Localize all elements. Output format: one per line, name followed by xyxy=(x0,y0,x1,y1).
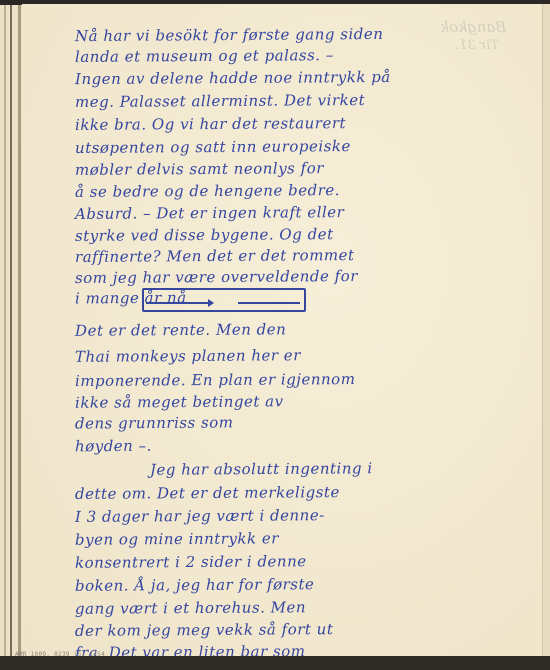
handwritten-line: Ingen av delene hadde noe inntrykk på xyxy=(75,68,391,88)
handwritten-line: Nå har vi besökt for første gang siden xyxy=(75,25,383,45)
handwritten-line: dette om. Det er det merkeligste xyxy=(75,483,340,503)
handwritten-line: møbler delvis samt neonlys for xyxy=(75,159,324,179)
page-edge-line xyxy=(18,5,21,656)
handwritten-line: meg. Palasset allerminst. Det virket xyxy=(75,91,365,111)
handwritten-line: Jeg har absolutt ingenting i xyxy=(150,459,373,479)
diagram-line xyxy=(238,302,300,304)
page-edge-line xyxy=(4,5,6,656)
handwritten-line: konsentrert i 2 sider i denne xyxy=(75,552,307,572)
page-right-edge xyxy=(542,4,550,656)
handwritten-line: Det er det rente. Men den xyxy=(75,320,286,339)
handwritten-line: som jeg har være overveldende for xyxy=(75,267,358,287)
handwritten-line: imponerende. En plan er igjennom xyxy=(75,370,356,390)
handwritten-line: byen og mine inntrykk er xyxy=(75,529,279,548)
hand-drawn-diagram xyxy=(142,288,306,312)
handwritten-line: styrke ved disse bygene. Og det xyxy=(75,225,334,245)
handwritten-line: utsøpenten og satt inn europeiske xyxy=(75,137,351,157)
handwritten-line: høyden –. xyxy=(75,437,152,456)
scanned-notebook-page: Bangkok Tir 31. Nå har vi besökt for før… xyxy=(0,0,550,670)
handwritten-line: Absurd. – Det er ingen kraft eller xyxy=(75,203,344,223)
handwritten-line: I 3 dager har jeg vært i denne- xyxy=(75,506,325,526)
handwritten-line: Thai monkeys planen her er xyxy=(75,346,301,366)
page-edge-line xyxy=(10,5,12,656)
bleed-through-header: Bangkok xyxy=(440,18,506,36)
handwritten-line: landa et museum og et palass. – xyxy=(75,46,334,66)
handwritten-line: ikke bra. Og vi har det restaurert xyxy=(75,114,346,134)
handwritten-line: dens grunnriss som xyxy=(75,413,234,432)
arrow-icon xyxy=(146,302,212,304)
handwritten-line: boken. Å ja, jeg har for første xyxy=(75,575,314,595)
handwritten-line: der kom jeg meg vekk så fort ut xyxy=(75,620,333,640)
handwritten-line: ikke så meget betinget av xyxy=(75,392,284,411)
page-stack-left-edge xyxy=(0,5,22,656)
handwritten-line: gang vært i et horehus. Men xyxy=(75,598,306,618)
bleed-through-date: Tir 31. xyxy=(455,38,499,53)
handwritten-line: å se bedre og de hengene bedre. xyxy=(75,181,340,201)
handwritten-line: raffinerte? Men det er det rommet xyxy=(75,246,355,266)
scanner-bottom-border xyxy=(0,656,550,670)
